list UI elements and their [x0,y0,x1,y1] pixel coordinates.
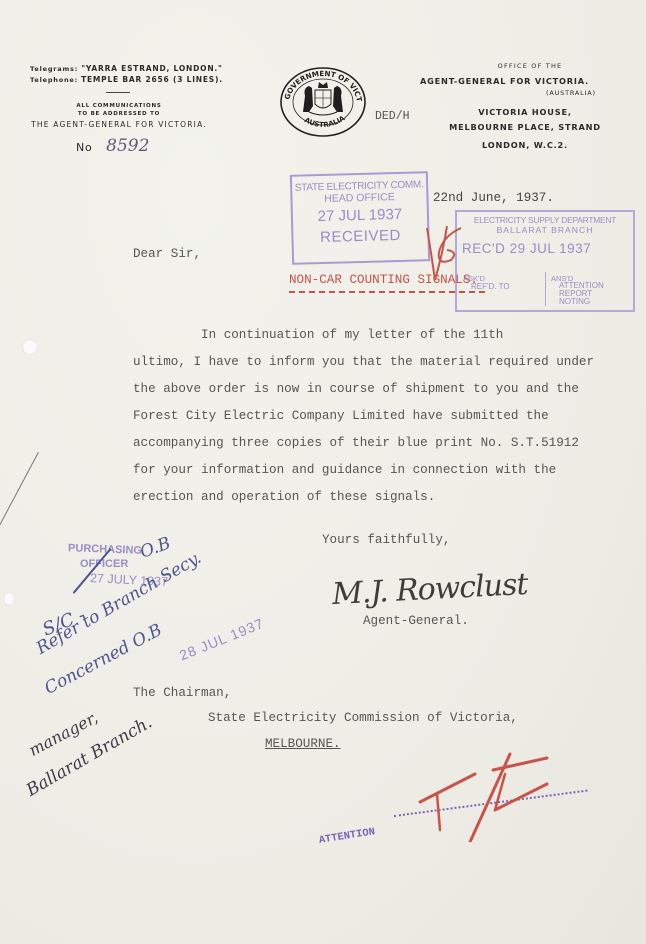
stamp-line: ELECTRICITY SUPPLY DEPARTMENT [457,215,633,225]
svg-text:AUSTRALIA: AUSTRALIA [303,114,347,129]
attention-stamp: ATTENTION [318,826,376,847]
telephone-line: Telephone: TEMPLE BAR 2656 (3 LINES). [30,75,223,84]
body-line: erection and operation of these signals. [133,490,594,517]
recipient-line1: The Chairman, [133,686,231,700]
red-initials-ti [415,752,555,847]
body-line: In continuation of my letter of the 11th [133,328,594,355]
comms-line2: TO BE ADDRESSED TO [30,111,208,117]
stamp-line: BALLARAT BRANCH [457,225,633,235]
telephone-value: TEMPLE BAR 2656 (3 LINES). [81,75,223,84]
letterhead-divider [106,92,130,93]
stamp-date: REC'D 29 JUL 1937 [462,241,633,256]
telephone-label: Telephone: [30,76,78,84]
body-line: Forest City Electric Company Limited hav… [133,409,594,436]
reference-code: DED/H [375,110,410,123]
subject-underline [289,291,485,293]
letter-page: Telegrams: "YARRA ESTRAND, LONDON." Tele… [0,0,646,944]
telegrams-value: "YARRA ESTRAND, LONDON." [81,64,223,73]
office-of: OFFICE OF THE [470,62,590,70]
stamp-option-noting: NOTING [559,298,604,306]
signature: M.J. Rowclust [331,567,528,612]
stamp-divider [545,272,546,306]
number-label: No [76,141,93,154]
punch-hole [22,339,38,355]
ballarat-branch-stamp: ELECTRICITY SUPPLY DEPARTMENT BALLARAT B… [455,210,635,312]
punch-hole [3,592,15,606]
address-line3: LONDON, W.C.2. [440,140,610,150]
body-line: accompanying three copies of their blue … [133,436,594,463]
address-line1: VICTORIA HOUSE, [440,107,610,117]
comms-line3: THE AGENT-GENERAL FOR VICTORIA. [30,120,208,129]
letter-date: 22nd June, 1937. [433,191,554,205]
date-stamp-28-jul: 28 JUL 1937 [177,615,266,664]
salutation: Dear Sir, [133,247,201,261]
comms-line1: ALL COMMUNICATIONS [30,103,208,109]
body-line: ultimo, I have to inform you that the ma… [133,355,594,382]
stamp-date: 27 JUL 1937 [293,205,427,226]
telegrams-label: Telegrams: [30,65,78,73]
stamp-options: ATTENTION REPORT NOTING [559,282,604,306]
body-line: the above order is now in course of ship… [133,382,594,409]
telegrams-line: Telegrams: "YARRA ESTRAND, LONDON." [30,64,223,73]
signatory-title: Agent-General. [363,614,469,628]
letter-body: In continuation of my letter of the 11th… [133,328,594,517]
recipient-line2: State Electricity Commission of Victoria… [208,711,518,725]
office-title: AGENT-GENERAL FOR VICTORIA. [420,76,589,86]
pencil-mark [0,452,39,534]
letter-subject: NON-CAR COUNTING SIGNALS. [289,273,478,287]
document-number: No 8592 [76,136,149,156]
address-line2: MELBOURNE PLACE, STRAND [430,122,620,132]
recipient-line3: MELBOURNE. [265,737,341,751]
head-office-received-stamp: STATE ELECTRICITY COMM. HEAD OFFICE 27 J… [290,171,430,265]
office-country: (AUSTRALIA) [546,89,596,97]
government-seal: GOVERNMENT OF VICTORIA AUSTRALIA [279,66,367,138]
stamp-received: RECEIVED [293,226,427,247]
number-value: 8592 [106,136,149,156]
body-line: for your information and guidance in con… [133,463,594,490]
closing: Yours faithfully, [322,533,450,547]
coat-of-arms-icon: GOVERNMENT OF VICTORIA AUSTRALIA [279,66,367,138]
